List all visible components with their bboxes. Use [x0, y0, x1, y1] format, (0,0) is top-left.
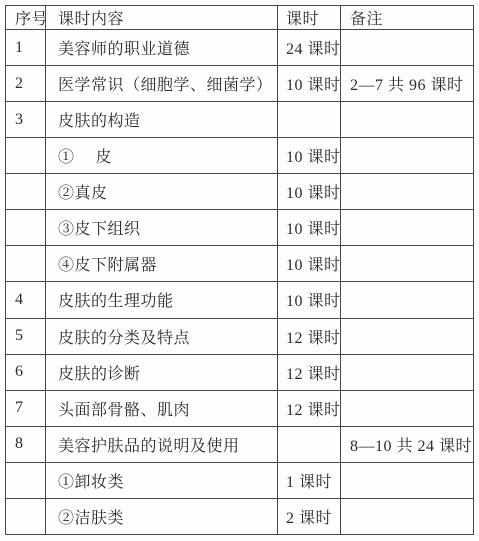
- cell-no: [6, 498, 46, 534]
- cell-remark: 8—10 共 24 课时: [341, 426, 474, 462]
- cell-hours: 10 课时: [278, 174, 341, 210]
- cell-hours: 10 课时: [278, 210, 341, 246]
- table-row: ④皮下附属器 10 课时: [6, 246, 474, 282]
- table-row: 7 头面部骨骼、肌肉 12 课时: [6, 390, 474, 426]
- cell-remark: [341, 498, 474, 534]
- cell-no: [6, 174, 46, 210]
- cell-no: [6, 462, 46, 498]
- cell-no: [6, 138, 46, 174]
- cell-hours: 12 课时: [278, 318, 341, 354]
- cell-content: 皮肤的诊断: [46, 354, 278, 390]
- table-row: ②真皮 10 课时: [6, 174, 474, 210]
- column-header-content: 课时内容: [46, 6, 278, 30]
- cell-remark: [341, 318, 474, 354]
- column-header-remark: 备注: [341, 6, 474, 30]
- cell-no: 5: [6, 318, 46, 354]
- cell-content: ① 皮: [46, 138, 278, 174]
- header-row: 序号 课时内容 课时 备注: [6, 6, 474, 30]
- table-row: 6 皮肤的诊断 12 课时: [6, 354, 474, 390]
- cell-no: 8: [6, 426, 46, 462]
- table-row: 3 皮肤的构造: [6, 102, 474, 138]
- table-row: ②洁肤类 2 课时: [6, 498, 474, 534]
- cell-content: ④皮下附属器: [46, 246, 278, 282]
- cell-hours: 1 课时: [278, 462, 341, 498]
- cell-remark: [341, 174, 474, 210]
- cell-no: 2: [6, 66, 46, 102]
- cell-remark: [341, 246, 474, 282]
- table-row: ③皮下组织 10 课时: [6, 210, 474, 246]
- cell-content: 皮肤的分类及特点: [46, 318, 278, 354]
- cell-remark: [341, 354, 474, 390]
- cell-no: 1: [6, 30, 46, 66]
- cell-remark: [341, 30, 474, 66]
- cell-no: 4: [6, 282, 46, 318]
- cell-content: 医学常识（细胞学、细菌学）: [46, 66, 278, 102]
- cell-remark: 2—7 共 96 课时: [341, 66, 474, 102]
- cell-hours: [278, 102, 341, 138]
- table-row: 1 美容师的职业道德 24 课时: [6, 30, 474, 66]
- cell-content: ③皮下组织: [46, 210, 278, 246]
- cell-content: 皮肤的构造: [46, 102, 278, 138]
- cell-hours: 12 课时: [278, 354, 341, 390]
- cell-content: 美容护肤品的说明及使用: [46, 426, 278, 462]
- cell-hours: 12 课时: [278, 390, 341, 426]
- table-row: 4 皮肤的生理功能 10 课时: [6, 282, 474, 318]
- cell-remark: [341, 390, 474, 426]
- table-row: ① 皮 10 课时: [6, 138, 474, 174]
- cell-hours: 10 课时: [278, 66, 341, 102]
- cell-no: [6, 246, 46, 282]
- column-header-hours: 课时: [278, 6, 341, 30]
- cell-remark: [341, 138, 474, 174]
- cell-remark: [341, 282, 474, 318]
- cell-no: 3: [6, 102, 46, 138]
- cell-no: 7: [6, 390, 46, 426]
- cell-no: 6: [6, 354, 46, 390]
- cell-content: ②洁肤类: [46, 498, 278, 534]
- cell-hours: 2 课时: [278, 498, 341, 534]
- table-row: 2 医学常识（细胞学、细菌学） 10 课时 2—7 共 96 课时: [6, 66, 474, 102]
- cell-hours: 24 课时: [278, 30, 341, 66]
- cell-hours: [278, 426, 341, 462]
- cell-no: [6, 210, 46, 246]
- cell-hours: 10 课时: [278, 282, 341, 318]
- table-row: ①卸妆类 1 课时: [6, 462, 474, 498]
- cell-content: 头面部骨骼、肌肉: [46, 390, 278, 426]
- cell-content: 美容师的职业道德: [46, 30, 278, 66]
- cell-hours: 10 课时: [278, 246, 341, 282]
- cell-content: ②真皮: [46, 174, 278, 210]
- column-header-no: 序号: [6, 6, 46, 30]
- table-row: 8 美容护肤品的说明及使用 8—10 共 24 课时: [6, 426, 474, 462]
- cell-hours: 10 课时: [278, 138, 341, 174]
- cell-content: 皮肤的生理功能: [46, 282, 278, 318]
- course-schedule-table: 序号 课时内容 课时 备注 1 美容师的职业道德 24 课时 2 医学常识（细胞…: [5, 5, 474, 535]
- cell-content: ①卸妆类: [46, 462, 278, 498]
- cell-remark: [341, 210, 474, 246]
- cell-remark: [341, 102, 474, 138]
- table-row: 5 皮肤的分类及特点 12 课时: [6, 318, 474, 354]
- cell-remark: [341, 462, 474, 498]
